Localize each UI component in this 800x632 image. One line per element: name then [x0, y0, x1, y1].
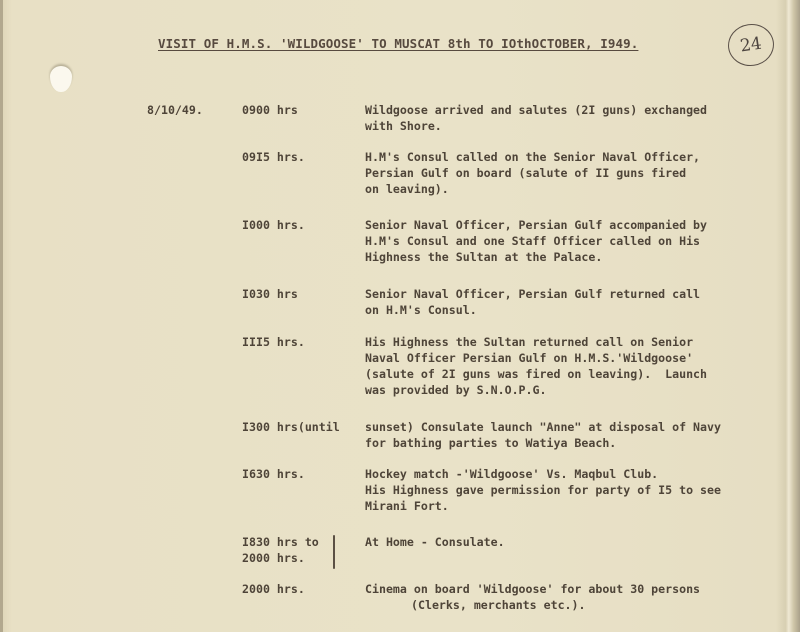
- entry-line: At Home - Consulate.: [365, 534, 505, 550]
- entry-line: was provided by S.N.O.P.G.: [365, 382, 546, 398]
- entry-line: sunset) Consulate launch "Anne" at dispo…: [365, 419, 721, 435]
- entry-time: 0900 hrs: [242, 102, 298, 118]
- entry-time: I830 hrs to: [242, 534, 319, 550]
- entry-line: Cinema on board 'Wildgoose' for about 30…: [365, 581, 700, 597]
- document-page: VISIT OF H.M.S. 'WILDGOOSE' TO MUSCAT 8t…: [0, 0, 800, 632]
- entry-line: Senior Naval Officer, Persian Gulf retur…: [365, 286, 700, 302]
- entry-date: 8/10/49.: [147, 102, 203, 118]
- entry-line: for bathing parties to Watiya Beach.: [365, 435, 616, 451]
- bracket-mark: [333, 535, 335, 569]
- document-title: VISIT OF H.M.S. 'WILDGOOSE' TO MUSCAT 8t…: [158, 36, 638, 51]
- entry-line: Naval Officer Persian Gulf on H.M.S.'Wil…: [365, 350, 693, 366]
- page-edge: [0, 0, 3, 632]
- entry-line: Hockey match -'Wildgoose' Vs. Maqbul Clu…: [365, 466, 658, 482]
- entry-line: (Clerks, merchants etc.).: [411, 597, 586, 613]
- entry-time: III5 hrs.: [242, 334, 305, 350]
- entry-line: His Highness the Sultan returned call on…: [365, 334, 693, 350]
- entry-time: I030 hrs: [242, 286, 298, 302]
- entry-time: I630 hrs.: [242, 466, 305, 482]
- entry-line: on leaving).: [365, 181, 449, 197]
- entry-time: 2000 hrs.: [242, 581, 305, 597]
- entry-line: on H.M's Consul.: [365, 302, 477, 318]
- entry-line: Mirani Fort.: [365, 498, 449, 514]
- entry-line: Highness the Sultan at the Palace.: [365, 249, 602, 265]
- entry-time: 09I5 hrs.: [242, 149, 305, 165]
- entry-time: I300 hrs(until: [242, 419, 340, 435]
- entry-line: H.M's Consul called on the Senior Naval …: [365, 149, 700, 165]
- folio-number: 24: [725, 21, 776, 69]
- entry-time: I000 hrs.: [242, 217, 305, 233]
- entry-time: 2000 hrs.: [242, 550, 305, 566]
- entry-line: His Highness gave permission for party o…: [365, 482, 721, 498]
- entry-line: H.M's Consul and one Staff Officer calle…: [365, 233, 700, 249]
- entry-line: Persian Gulf on board (salute of II guns…: [365, 165, 686, 181]
- entry-line: with Shore.: [365, 118, 442, 134]
- entry-line: Wildgoose arrived and salutes (2I guns) …: [365, 102, 707, 118]
- punch-hole: [50, 66, 72, 92]
- entry-line: Senior Naval Officer, Persian Gulf accom…: [365, 217, 707, 233]
- entry-line: (salute of 2I guns was fired on leaving)…: [365, 366, 707, 382]
